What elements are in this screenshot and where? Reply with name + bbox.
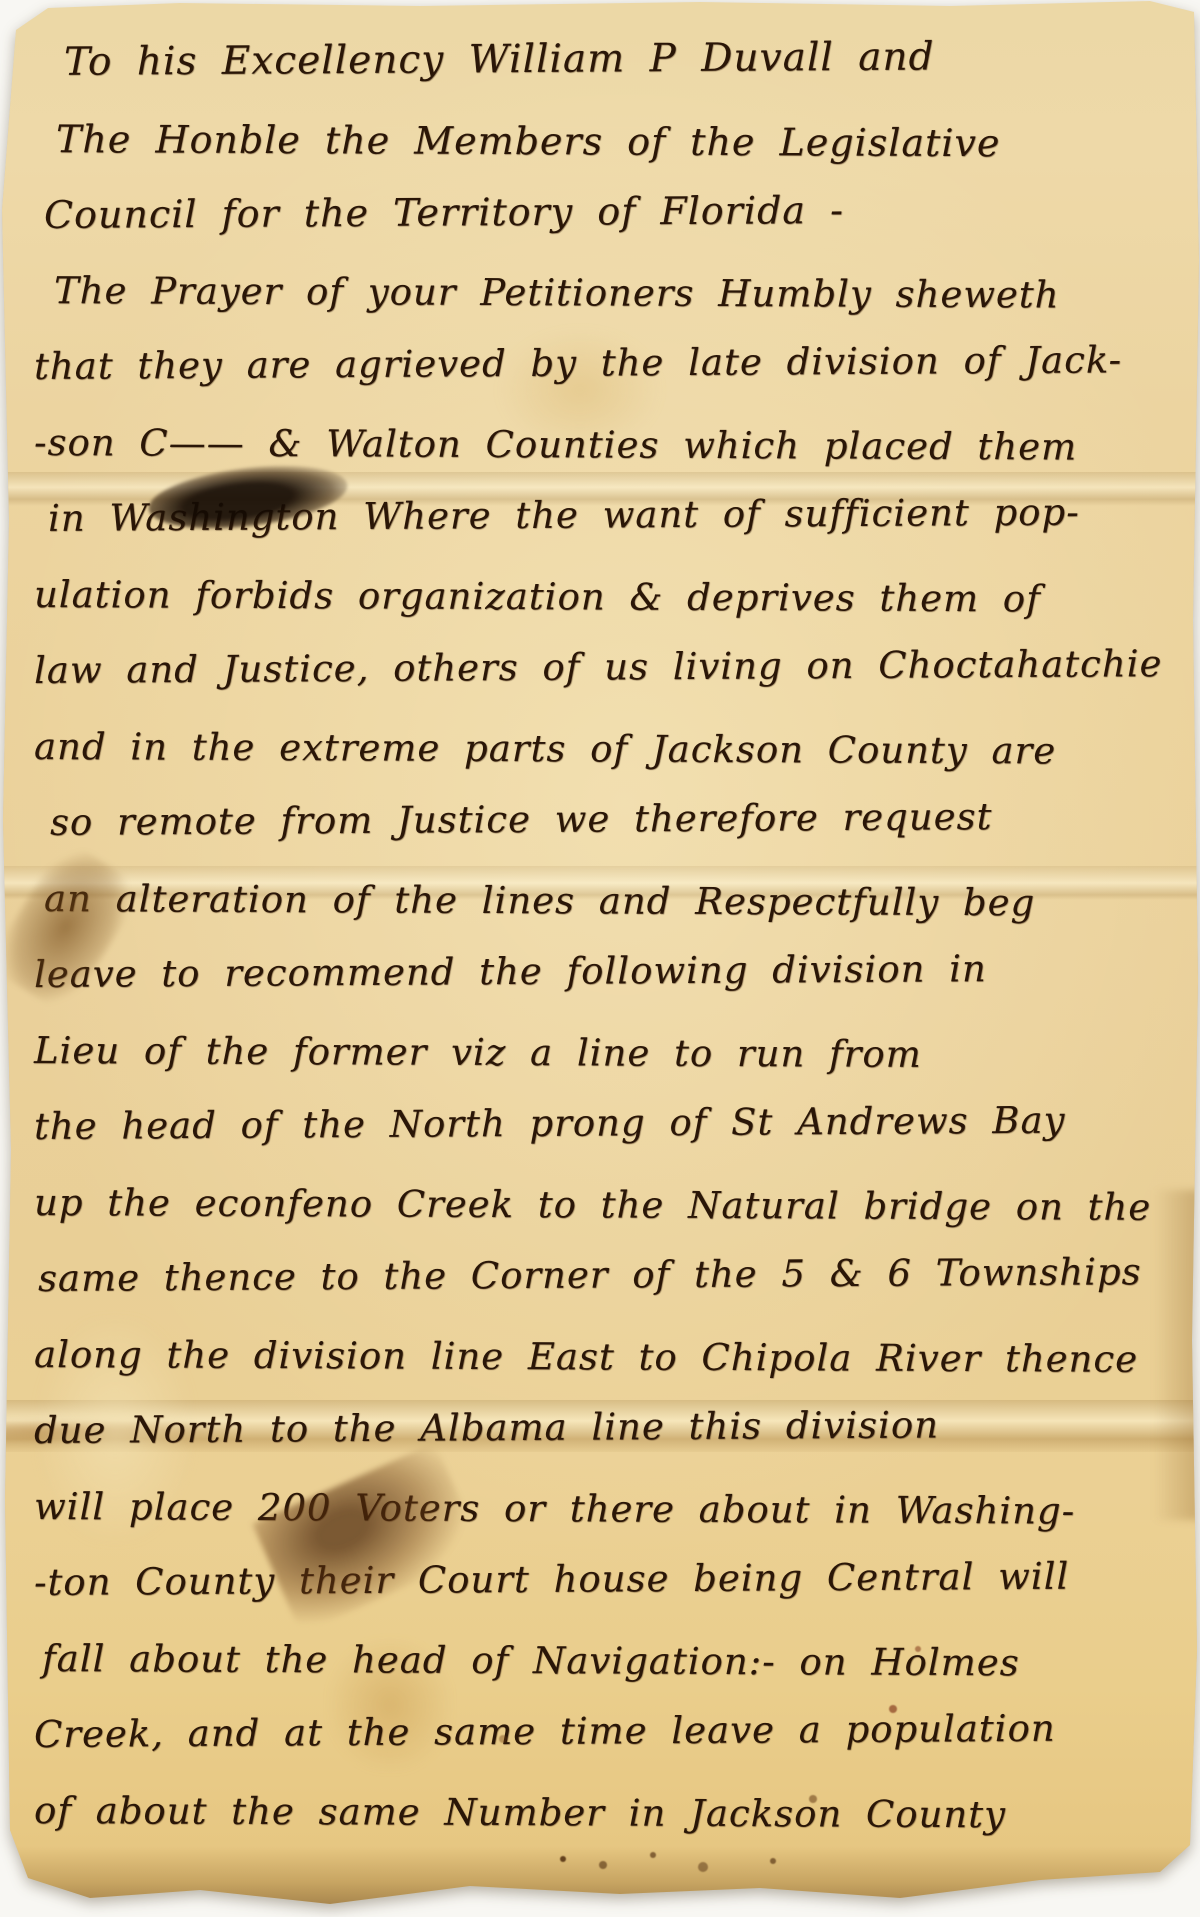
handwriting-line: will place 200 Voters or there about in … [34,1470,1176,1551]
ink-speckles [560,1856,566,1862]
handwriting-line: up the econfeno Creek to the Natural bri… [34,1166,1176,1247]
handwriting-text: To his Excellency William P Duvall andTh… [34,26,1176,1850]
handwriting-line: Lieu of the former viz a line to run fro… [34,1014,1176,1095]
handwriting-line: Council for the Territory of Florida - [34,171,1176,254]
scanned-document: To his Excellency William P Duvall andTh… [0,0,1200,1917]
handwriting-line: -son C—— & Walton Counties which placed … [34,406,1176,487]
handwriting-line: Creek, and at the same time leave a popu… [34,1691,1176,1774]
handwriting-line: in Washington Where the want of sufficie… [34,475,1176,558]
handwriting-line: the head of the North prong of St Andrew… [34,1083,1176,1166]
handwriting-line: along the division line East to Chipola … [34,1318,1176,1399]
handwriting-line: leave to recommend the following divisio… [34,931,1176,1014]
handwriting-line: ulation forbids organization & deprives … [34,558,1176,639]
handwriting-line: fall about the head of Navigation:- on H… [34,1622,1176,1703]
handwriting-line: an alteration of the lines and Respectfu… [34,862,1176,943]
handwriting-line: of about the same Number in Jackson Coun… [34,1774,1176,1855]
handwriting-line: and in the extreme parts of Jackson Coun… [34,710,1176,791]
handwriting-line: The Prayer of your Petitioners Humbly sh… [34,254,1176,335]
handwriting-line: The Honble the Members of the Legislativ… [34,102,1176,183]
handwriting-line: To his Excellency William P Duvall and [34,19,1176,102]
paper-bottom-edge [0,1846,1200,1906]
paper-sheet: To his Excellency William P Duvall andTh… [0,0,1200,1912]
handwriting-line: -ton County their Court house being Cent… [34,1539,1176,1622]
handwriting-line: that they are agrieved by the late divis… [34,323,1176,406]
handwriting-line: so remote from Justice we therefore requ… [34,779,1176,862]
handwriting-line: law and Justice, others of us living on … [34,627,1176,710]
handwriting-line: due North to the Albama line this divisi… [34,1387,1176,1470]
handwriting-line: same thence to the Corner of the 5 & 6 T… [34,1235,1176,1318]
